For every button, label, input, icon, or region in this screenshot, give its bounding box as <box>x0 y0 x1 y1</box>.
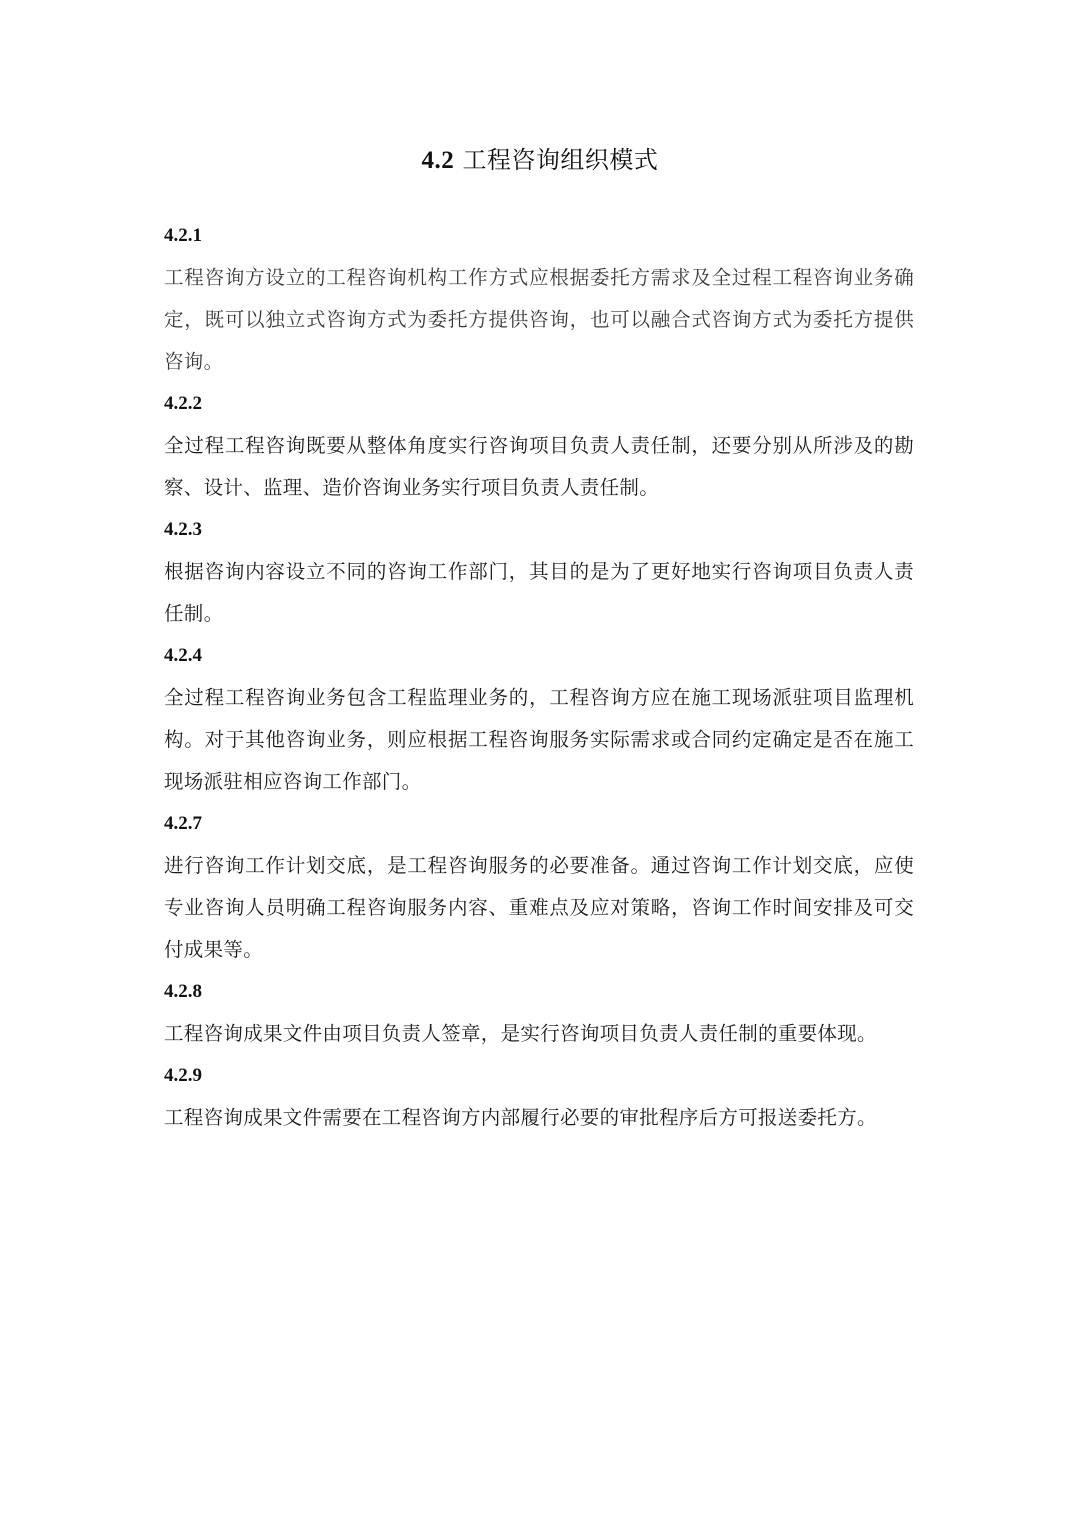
clause-number: 4.2.1 <box>164 215 914 257</box>
clause-list: 4.2.1 工程咨询方设立的工程咨询机构工作方式应根据委托方需求及全过程工程咨询… <box>164 215 914 1139</box>
clause-number: 4.2.4 <box>164 635 914 677</box>
clause-4-2-8: 4.2.8 工程咨询成果文件由项目负责人签章，是实行咨询项目负责人责任制的重要体… <box>164 971 914 1055</box>
clause-text: 全过程工程咨询既要从整体角度实行咨询项目负责人责任制，还要分别从所涉及的勘察、设… <box>164 425 914 509</box>
clause-text: 根据咨询内容设立不同的咨询工作部门，其目的是为了更好地实行咨询项目负责人责任制。 <box>164 551 914 635</box>
clause-text: 进行咨询工作计划交底，是工程咨询服务的必要准备。通过咨询工作计划交底，应使专业咨… <box>164 845 914 971</box>
clause-number: 4.2.2 <box>164 383 914 425</box>
section-title: 4.2 工程咨询组织模式 <box>0 140 1080 181</box>
section-title-text: 工程咨询组织模式 <box>462 146 658 174</box>
clause-text: 工程咨询成果文件由项目负责人签章，是实行咨询项目负责人责任制的重要体现。 <box>164 1013 914 1055</box>
clause-4-2-3: 4.2.3 根据咨询内容设立不同的咨询工作部门，其目的是为了更好地实行咨询项目负… <box>164 509 914 635</box>
clause-text: 工程咨询成果文件需要在工程咨询方内部履行必要的审批程序后方可报送委托方。 <box>164 1097 914 1139</box>
clause-4-2-2: 4.2.2 全过程工程咨询既要从整体角度实行咨询项目负责人责任制，还要分别从所涉… <box>164 383 914 509</box>
clause-text: 全过程工程咨询业务包含工程监理业务的，工程咨询方应在施工现场派驻项目监理机构。对… <box>164 677 914 803</box>
clause-text: 工程咨询方设立的工程咨询机构工作方式应根据委托方需求及全过程工程咨询业务确定，既… <box>164 257 914 383</box>
clause-number: 4.2.3 <box>164 509 914 551</box>
clause-4-2-4: 4.2.4 全过程工程咨询业务包含工程监理业务的，工程咨询方应在施工现场派驻项目… <box>164 635 914 803</box>
clause-4-2-7: 4.2.7 进行咨询工作计划交底，是工程咨询服务的必要准备。通过咨询工作计划交底… <box>164 803 914 971</box>
clause-4-2-9: 4.2.9 工程咨询成果文件需要在工程咨询方内部履行必要的审批程序后方可报送委托… <box>164 1055 914 1139</box>
document-page: 4.2 工程咨询组织模式 4.2.1 工程咨询方设立的工程咨询机构工作方式应根据… <box>0 0 1080 1527</box>
section-number: 4.2 <box>422 147 455 174</box>
clause-number: 4.2.7 <box>164 803 914 845</box>
clause-number: 4.2.9 <box>164 1055 914 1097</box>
clause-4-2-1: 4.2.1 工程咨询方设立的工程咨询机构工作方式应根据委托方需求及全过程工程咨询… <box>164 215 914 383</box>
clause-number: 4.2.8 <box>164 971 914 1013</box>
